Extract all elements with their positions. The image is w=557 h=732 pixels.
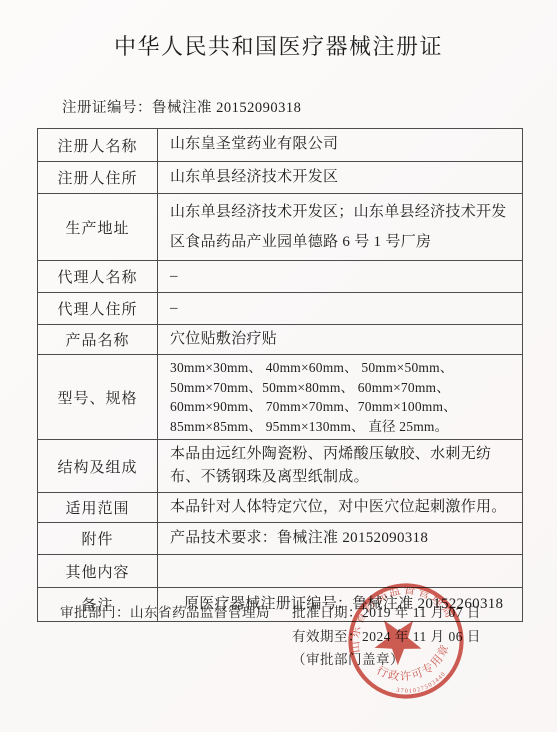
- cert-number-value: 鲁械注准 20152090318: [152, 100, 301, 116]
- certificate-page: 中华人民共和国医疗器械注册证 注册证编号：鲁械注准 20152090318 注册…: [0, 0, 557, 732]
- approval-department: 审批部门：山东省药品监督管理局: [60, 601, 270, 621]
- table-row-model-spec: 型号、规格 30mm×30mm、 40mm×60mm、 50mm×50mm、 5…: [38, 355, 522, 440]
- row-value: 产品技术要求：鲁械注准 20152090318: [158, 523, 522, 554]
- table-row-applicable-scope: 适用范围 本品针对人体特定穴位，对中医穴位起刺激作用。: [38, 493, 522, 523]
- row-value: [158, 555, 522, 587]
- valid-until-date: 有效期至：2024 年 11 月 06 日: [292, 625, 481, 649]
- row-label: 代理人名称: [38, 261, 158, 292]
- svg-text:3701027503440: 3701027503440: [394, 670, 450, 701]
- table-row-attachment: 附件 产品技术要求：鲁械注准 20152090318: [38, 523, 522, 555]
- table-row-product-name: 产品名称 穴位贴敷治疗贴: [38, 325, 522, 355]
- approval-dates-block: 批准日期：2019 年 11 月 07 日 有效期至：2024 年 11 月 0…: [292, 601, 481, 672]
- seal-note: （审批部门盖章）: [292, 648, 481, 672]
- row-label: 结构及组成: [38, 440, 158, 492]
- table-row-agent-name: 代理人名称 –: [38, 261, 522, 293]
- cert-number-line: 注册证编号：鲁械注准 20152090318: [62, 96, 301, 117]
- row-label: 注册人住所: [38, 162, 158, 193]
- row-label: 生产地址: [38, 194, 158, 260]
- row-value: 穴位贴敷治疗贴: [158, 325, 522, 354]
- table-row-registrant-address: 注册人住所 山东单县经济技术开发区: [38, 162, 522, 194]
- cert-number-label: 注册证编号：: [62, 100, 152, 116]
- table-row-registrant-name: 注册人名称 山东皇圣堂药业有限公司: [38, 129, 522, 162]
- row-value: 本品由远红外陶瓷粉、丙烯酸压敏胶、水刺无纺布、不锈钢珠及离型纸制成。: [158, 440, 522, 492]
- table-row-production-address: 生产地址 山东单县经济技术开发区；山东单县经济技术开发区食品药品产业园单德路 6…: [38, 194, 522, 261]
- row-label: 型号、规格: [38, 355, 158, 439]
- row-label: 其他内容: [38, 555, 158, 587]
- row-value: 本品针对人体特定穴位，对中医穴位起刺激作用。: [158, 493, 522, 522]
- row-label: 附件: [38, 523, 158, 554]
- page-title: 中华人民共和国医疗器械注册证: [0, 30, 557, 61]
- table-row-other-content: 其他内容: [38, 555, 522, 588]
- certificate-table: 注册人名称 山东皇圣堂药业有限公司 注册人住所 山东单县经济技术开发区 生产地址…: [37, 128, 523, 622]
- row-value: 山东皇圣堂药业有限公司: [158, 129, 522, 161]
- table-row-structure-composition: 结构及组成 本品由远红外陶瓷粉、丙烯酸压敏胶、水刺无纺布、不锈钢珠及离型纸制成。: [38, 440, 522, 493]
- row-value: 山东单县经济技术开发区: [158, 162, 522, 193]
- row-value: –: [158, 293, 522, 324]
- row-value: –: [158, 261, 522, 292]
- table-row-agent-address: 代理人住所 –: [38, 293, 522, 325]
- row-value: 30mm×30mm、 40mm×60mm、 50mm×50mm、 50mm×70…: [158, 355, 522, 439]
- row-label: 适用范围: [38, 493, 158, 522]
- approval-date: 批准日期：2019 年 11 月 07 日: [292, 601, 481, 625]
- row-label: 产品名称: [38, 325, 158, 354]
- row-label: 注册人名称: [38, 129, 158, 161]
- row-value: 山东单县经济技术开发区；山东单县经济技术开发区食品药品产业园单德路 6 号 1 …: [158, 194, 522, 260]
- seal-serial-number: 3701027503440: [394, 670, 450, 701]
- row-label: 代理人住所: [38, 293, 158, 324]
